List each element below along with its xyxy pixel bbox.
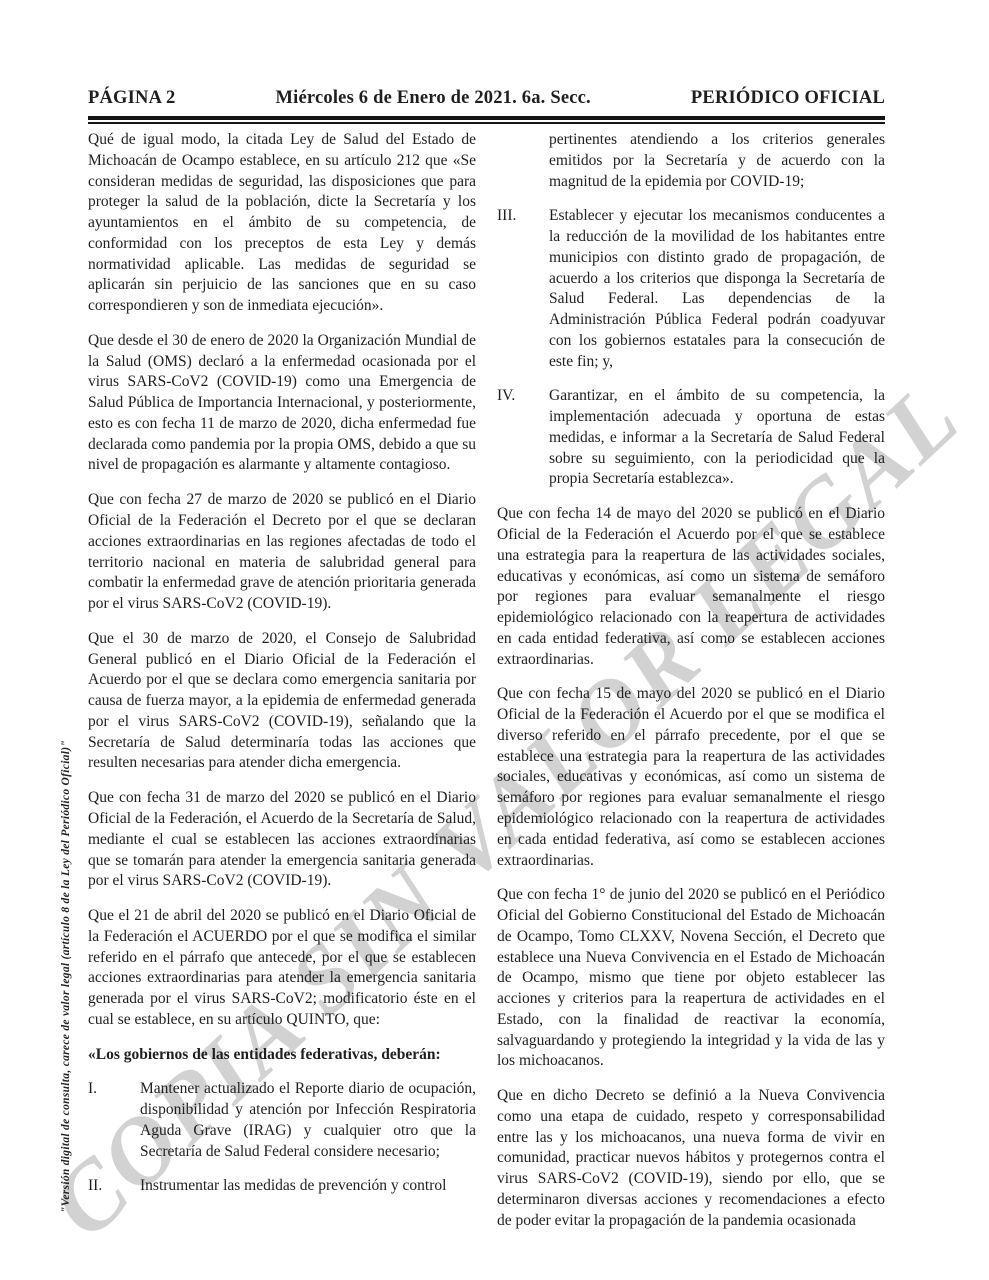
page-number: PÁGINA 2 — [88, 88, 175, 109]
paragraph: Que desde el 30 de enero de 2020 la Orga… — [88, 331, 476, 476]
paragraph: Que con fecha 31 de marzo del 2020 se pu… — [88, 788, 476, 892]
paragraph: Que el 21 de abril del 2020 se publicó e… — [88, 906, 476, 1031]
list-item-text: Establecer y ejecutar los mecanismos con… — [549, 206, 885, 372]
list-item: IV. Garantizar, en el ámbito de su compe… — [497, 386, 885, 490]
paragraph: Que con fecha 27 de marzo de 2020 se pub… — [88, 490, 476, 615]
edition-date: Miércoles 6 de Enero de 2021. 6a. Secc. — [275, 88, 590, 109]
paragraph: Que en dicho Decreto se definió a la Nue… — [497, 1086, 885, 1231]
paragraph: Que con fecha 15 de mayo del 2020 se pub… — [497, 684, 885, 871]
paragraph: Qué de igual modo, la citada Ley de Salu… — [88, 130, 476, 317]
list-numeral: II. — [88, 1176, 140, 1197]
list-item-text: Mantener actualizado el Reporte diario d… — [140, 1079, 476, 1162]
list-numeral — [497, 130, 549, 192]
list-numeral: III. — [497, 206, 549, 372]
list-numeral: IV. — [497, 386, 549, 490]
list-item: II. Instrumentar las medidas de prevenci… — [88, 1176, 476, 1197]
list-numeral: I. — [88, 1079, 140, 1162]
right-column: pertinentes atendiendo a los criterios g… — [497, 130, 885, 1246]
page-header: PÁGINA 2 Miércoles 6 de Enero de 2021. 6… — [88, 88, 885, 109]
digital-version-legal-note: "Versión digital de consulta, carece de … — [60, 740, 72, 1213]
bold-heading: «Los gobiernos de las entidades federati… — [88, 1045, 476, 1066]
paragraph: Que el 30 de marzo de 2020, el Consejo d… — [88, 629, 476, 774]
list-item-continuation: pertinentes atendiendo a los criterios g… — [497, 130, 885, 192]
document-body: Qué de igual modo, la citada Ley de Salu… — [88, 130, 885, 1246]
list-item-text: pertinentes atendiendo a los criterios g… — [549, 130, 885, 192]
gazette-page: COPIA SIN VALOR LEGAL PÁGINA 2 Miércoles… — [0, 0, 989, 1280]
paragraph: Que con fecha 14 de mayo del 2020 se pub… — [497, 504, 885, 670]
paragraph: Que con fecha 1° de junio del 2020 se pu… — [497, 885, 885, 1072]
list-item: I. Mantener actualizado el Reporte diari… — [88, 1079, 476, 1162]
publication-title: PERIÓDICO OFICIAL — [691, 88, 885, 109]
list-item-text: Instrumentar las medidas de prevención y… — [140, 1176, 476, 1197]
list-item-text: Garantizar, en el ámbito de su competenc… — [549, 386, 885, 490]
left-column: Qué de igual modo, la citada Ley de Salu… — [88, 130, 476, 1246]
header-double-rule — [88, 116, 885, 124]
list-item: III. Establecer y ejecutar los mecanismo… — [497, 206, 885, 372]
